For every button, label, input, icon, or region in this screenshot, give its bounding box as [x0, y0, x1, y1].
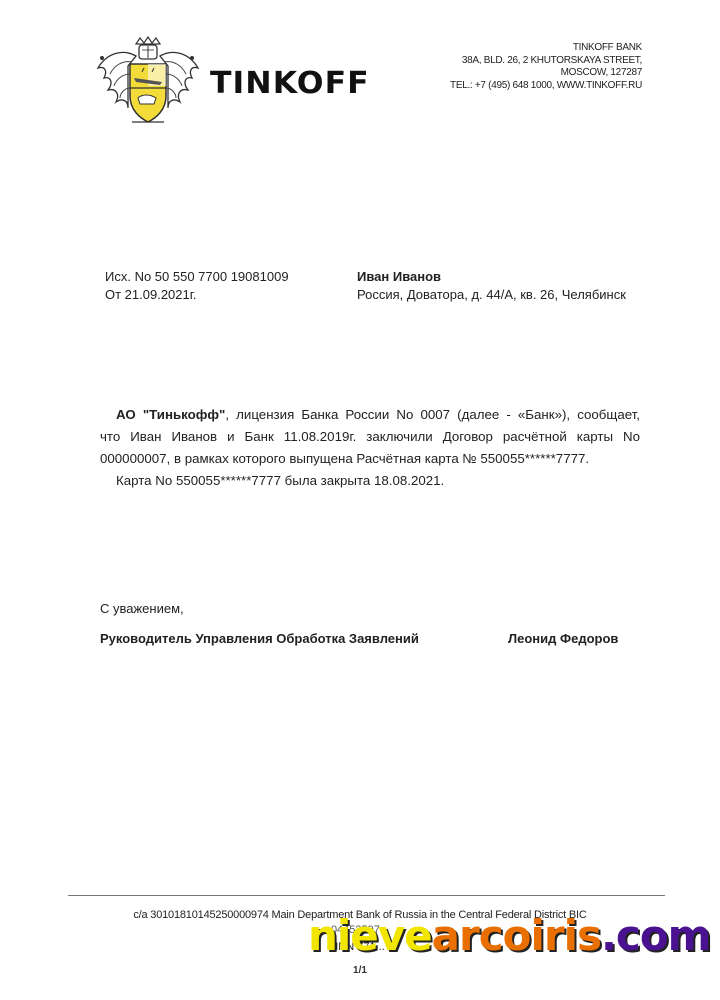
recipient-address: Россия, Доватора, д. 44/А, кв. 26, Челяб…	[357, 286, 626, 304]
footer-divider	[68, 895, 665, 896]
body-line-3: 000000007, в рамках которого выпущена Ра…	[100, 448, 640, 470]
letter-date: От 21.09.2021г.	[105, 286, 289, 304]
body-closure-line: Карта No 550055******7777 была закрыта 1…	[100, 470, 640, 492]
recipient-block: Иван Иванов Россия, Доватора, д. 44/А, к…	[357, 268, 626, 304]
bank-address: TINKOFF BANK 38A, BLD. 26, 2 KHUTORSKAYA…	[450, 42, 642, 92]
bank-street: 38A, BLD. 26, 2 KHUTORSKAYA STREET,	[450, 55, 642, 68]
tinkoff-crest-icon	[92, 36, 200, 128]
signatory-title: Руководитель Управления Обработка Заявле…	[100, 631, 419, 646]
reference-block: Исх. No 50 550 7700 19081009 От 21.09.20…	[105, 268, 289, 304]
closing-regards: С уважением,	[100, 601, 184, 616]
outgoing-number: Исх. No 50 550 7700 19081009	[105, 268, 289, 286]
body-line-2: что Иван Иванов и Банк 11.08.2019г. закл…	[100, 426, 640, 448]
bank-city: MOSCOW, 127287	[450, 67, 642, 80]
bank-name: TINKOFF BANK	[450, 42, 642, 55]
letter-body: АО "Тинькофф", лицензия Банка России No …	[100, 404, 640, 492]
brand-logo-text: TINKOFF	[210, 66, 370, 101]
page-number: 1/1	[0, 965, 720, 976]
signatory-name: Леонид Федоров	[508, 631, 618, 646]
company-name: АО "Тинькофф"	[116, 407, 225, 422]
watermark: nievearcoiris.com	[308, 912, 710, 960]
body-line-1: АО "Тинькофф", лицензия Банка России No …	[100, 404, 640, 426]
recipient-name: Иван Иванов	[357, 268, 626, 286]
bank-contacts: TEL.: +7 (495) 648 1000, WWW.TINKOFF.RU	[450, 80, 642, 93]
